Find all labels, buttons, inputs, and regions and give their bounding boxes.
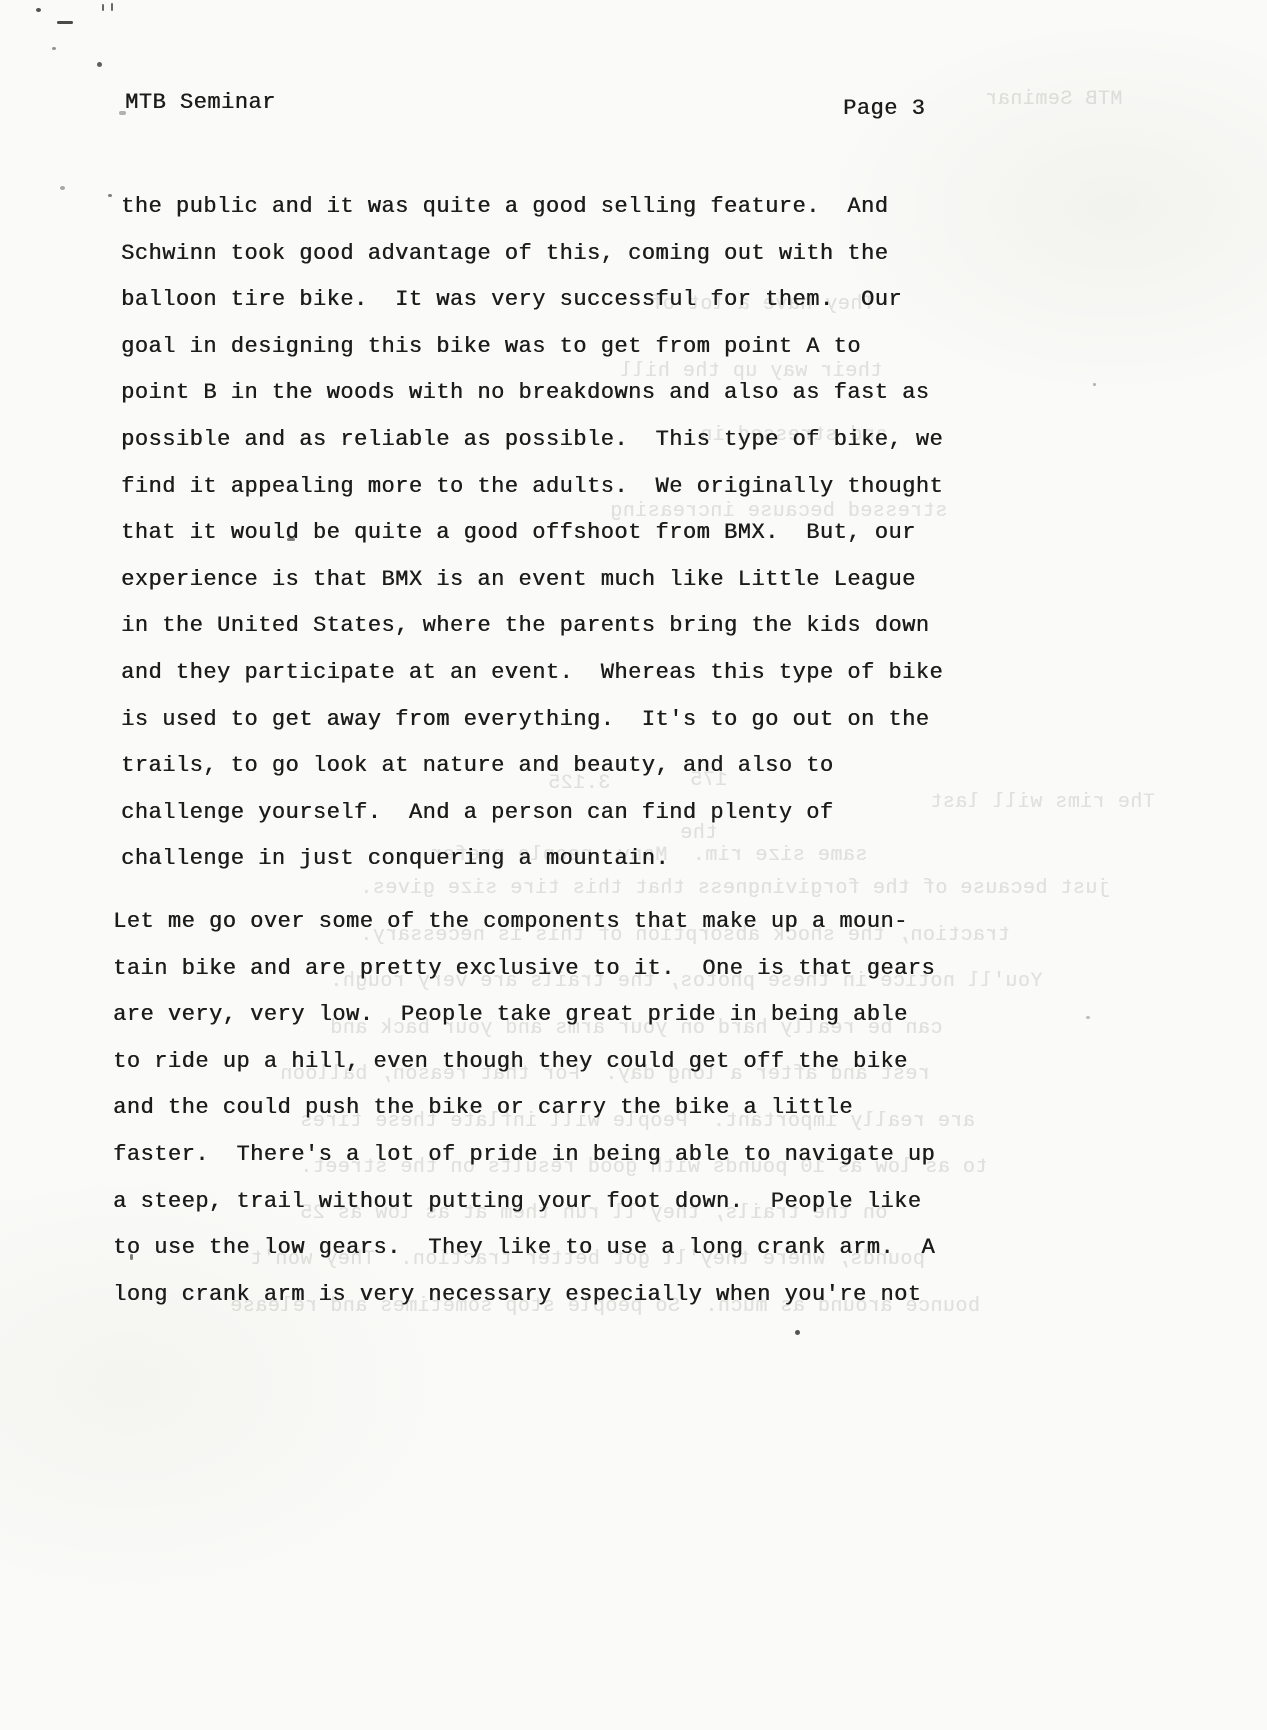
text-line: possible and as reliable as possible. Th… [121,417,943,464]
page-number: Page 3 [843,96,925,121]
text-line: goal in designing this bike was to get f… [121,324,943,371]
ink-speck [111,3,113,11]
ink-speck [1086,1016,1090,1019]
text-line: and the could push the bike or carry the… [113,1085,935,1132]
text-line: point B in the woods with no breakdowns … [121,370,943,417]
ink-speck [119,111,126,115]
text-line: long crank arm is very necessary especia… [113,1272,935,1319]
ink-speck [108,194,112,197]
text-line: the public and it was quite a good selli… [121,184,943,231]
ink-speck [57,21,73,24]
paragraph-1: the public and it was quite a good selli… [121,184,943,883]
text-line: find it appealing more to the adults. We… [121,464,943,511]
text-line: and they participate at an event. Wherea… [121,650,943,697]
bleedthrough-text: MTB Seminar [985,88,1123,111]
document-title: MTB Seminar [125,90,276,115]
text-line: experience is that BMX is an event much … [121,557,943,604]
text-line: challenge yourself. And a person can fin… [121,790,943,837]
scanned-document-page: MTB SeminarThey have a lot oftheir way u… [0,0,1267,1730]
text-line: that it would be quite a good offshoot f… [121,510,943,557]
text-line: tain bike and are pretty exclusive to it… [113,946,935,993]
ink-speck [36,8,41,12]
text-line: balloon tire bike. It was very successfu… [121,277,943,324]
text-line: trails, to go look at nature and beauty,… [121,743,943,790]
text-line: in the United States, where the parents … [121,603,943,650]
ink-speck [287,538,295,541]
text-line: is used to get away from everything. It'… [121,697,943,744]
text-line: faster. There's a lot of pride in being … [113,1132,935,1179]
text-line: to ride up a hill, even though they coul… [113,1039,935,1086]
text-line: challenge in just conquering a mountain. [121,836,943,883]
ink-speck [130,1254,133,1260]
ink-speck [97,62,102,67]
ink-speck [795,1330,800,1335]
ink-speck [52,47,56,50]
text-line: Let me go over some of the components th… [113,899,935,946]
text-line: Schwinn took good advantage of this, com… [121,231,943,278]
text-line: to use the low gears. They like to use a… [113,1225,935,1272]
ink-speck [60,186,65,190]
paragraph-2: Let me go over some of the components th… [113,899,935,1318]
ink-speck [102,4,104,11]
text-line: are very, very low. People take great pr… [113,992,935,1039]
text-line: a steep, trail without putting your foot… [113,1179,935,1226]
ink-speck [1093,383,1096,386]
bleedthrough-text: The rims will last [930,791,1155,814]
